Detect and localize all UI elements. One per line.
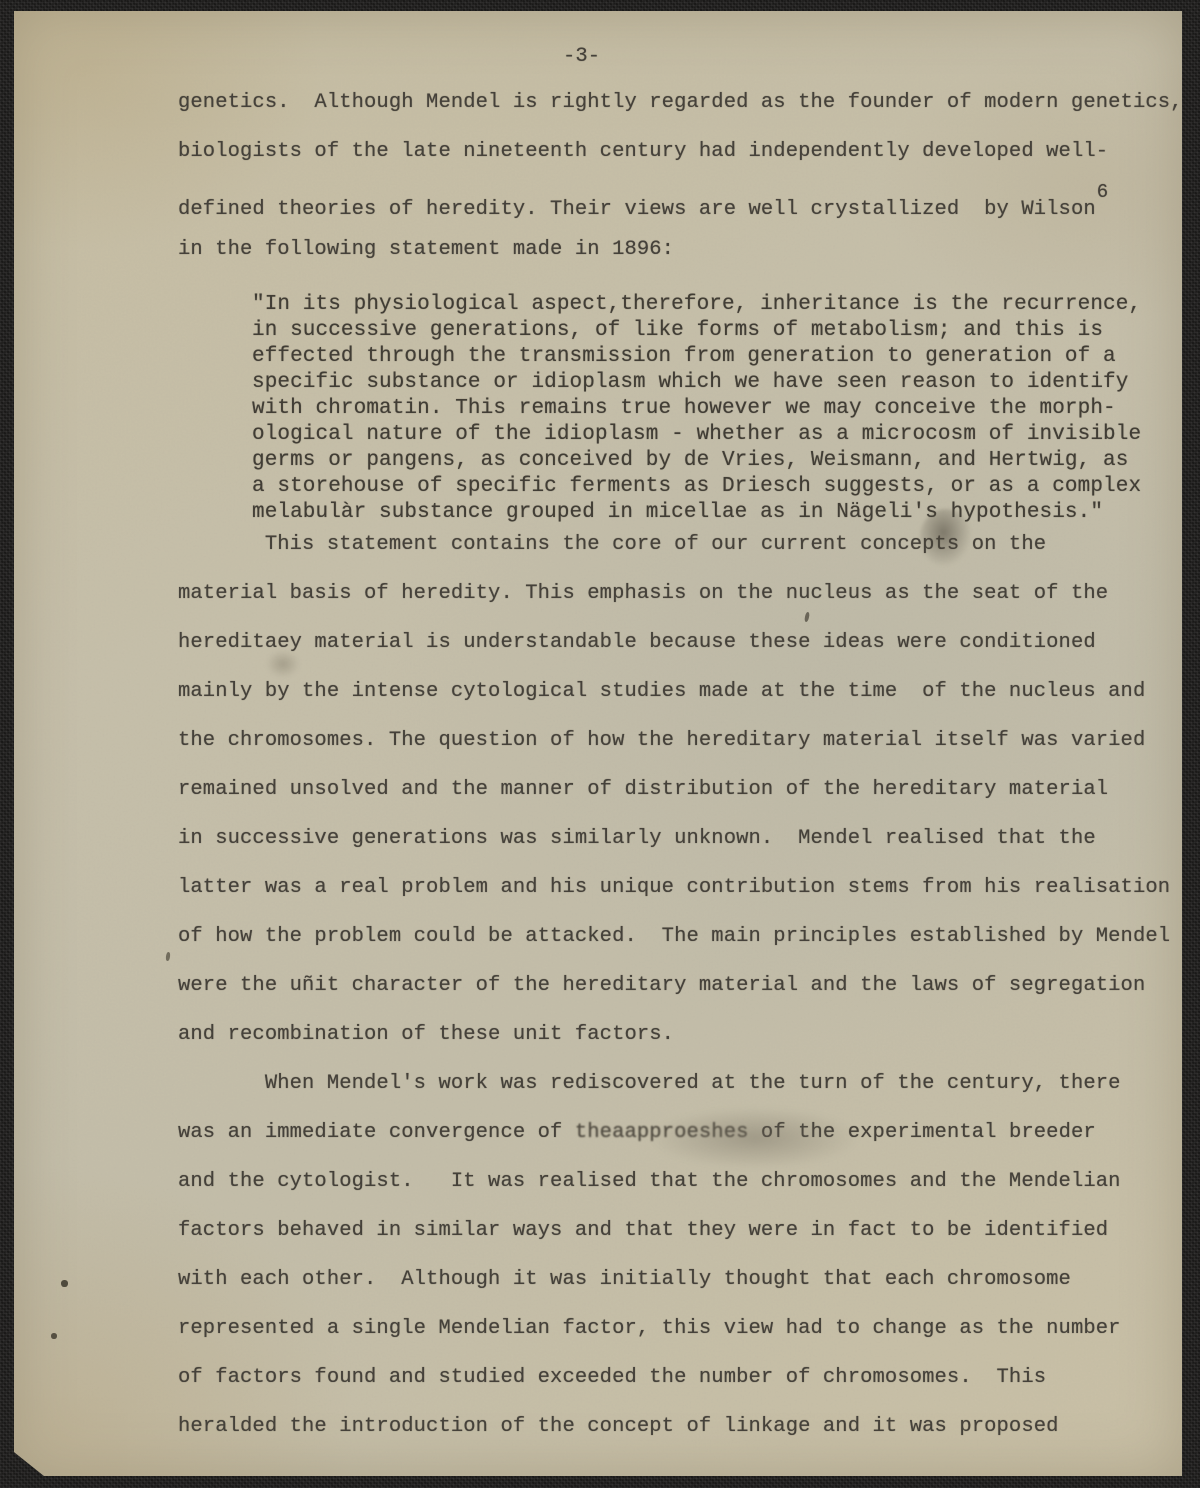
typed-line: a storehouse of specific ferments as Dri… xyxy=(252,476,1141,498)
typed-line: biologists of the late nineteenth centur… xyxy=(178,141,1108,163)
typed-line: of how the problem could be attacked. Th… xyxy=(178,926,1170,948)
typed-line: genetics. Although Mendel is rightly reg… xyxy=(178,92,1183,114)
typed-line: of factors found and studied exceeded th… xyxy=(178,1367,1046,1389)
typed-line: remained unsolved and the manner of dist… xyxy=(178,779,1108,801)
typed-line: in successive generations was similarly … xyxy=(178,828,1096,850)
typed-line: was an immediate convergence of theaappr… xyxy=(178,1122,1096,1144)
typed-line-text: was an immediate convergence of xyxy=(178,1121,575,1144)
typed-line: latter was a real problem and his unique… xyxy=(178,877,1170,899)
typed-line: factors behaved in similar ways and that… xyxy=(178,1220,1108,1242)
typed-line: represented a single Mendelian factor, t… xyxy=(178,1318,1121,1340)
typed-line: melabulàr substance grouped in micellae … xyxy=(252,502,1103,524)
ink-speck xyxy=(61,1280,68,1287)
ink-speck xyxy=(165,952,170,961)
typed-line-text: of the experimental breeder xyxy=(749,1121,1096,1144)
typed-line: and the cytologist. It was realised that… xyxy=(178,1171,1121,1193)
typed-line: mainly by the intense cytological studie… xyxy=(178,681,1145,703)
typed-line: with chromatin. This remains true howeve… xyxy=(252,398,1116,420)
page-number: -3- xyxy=(563,46,600,68)
typed-line: germs or pangens, as conceived by de Vri… xyxy=(252,450,1128,472)
typed-line: When Mendel's work was rediscovered at t… xyxy=(178,1073,1121,1095)
typed-line: heralded the introduction of the concept… xyxy=(178,1416,1059,1438)
typed-line-text: defined theories of heredity. Their view… xyxy=(178,198,1096,221)
typed-line: This statement contains the core of our … xyxy=(178,534,1046,556)
typed-line: "In its physiological aspect,therefore, … xyxy=(252,294,1141,316)
smudged-overstruck-word: theaapproeshes xyxy=(575,1121,749,1144)
scan-background: { "colors": { "background": "#222120", "… xyxy=(0,0,1200,1488)
ink-smudge xyxy=(266,650,300,678)
typed-line: defined theories of heredity. Their view… xyxy=(178,190,1107,221)
typed-line: and recombination of these unit factors. xyxy=(178,1024,674,1046)
typed-line: material basis of heredity. This emphasi… xyxy=(178,583,1108,605)
ink-speck xyxy=(804,612,810,623)
typed-page-content: -3- genetics. Although Mendel is rightly… xyxy=(0,0,1200,1488)
typed-line: in successive generations, of like forms… xyxy=(252,320,1103,342)
typed-line: in the following statement made in 1896: xyxy=(178,239,674,261)
typed-line: with each other. Although it was initial… xyxy=(178,1269,1071,1291)
typed-line: specific substance or idioplasm which we… xyxy=(252,372,1128,394)
typed-line: effected through the transmission from g… xyxy=(252,346,1116,368)
footnote-reference: 6 xyxy=(1097,181,1109,203)
typed-line: were the uñit character of the hereditar… xyxy=(178,975,1145,997)
typed-line: hereditaey material is understandable be… xyxy=(178,632,1096,654)
ink-speck xyxy=(51,1333,57,1339)
typed-line: ological nature of the idioplasm - wheth… xyxy=(252,424,1141,446)
typed-line: the chromosomes. The question of how the… xyxy=(178,730,1145,752)
